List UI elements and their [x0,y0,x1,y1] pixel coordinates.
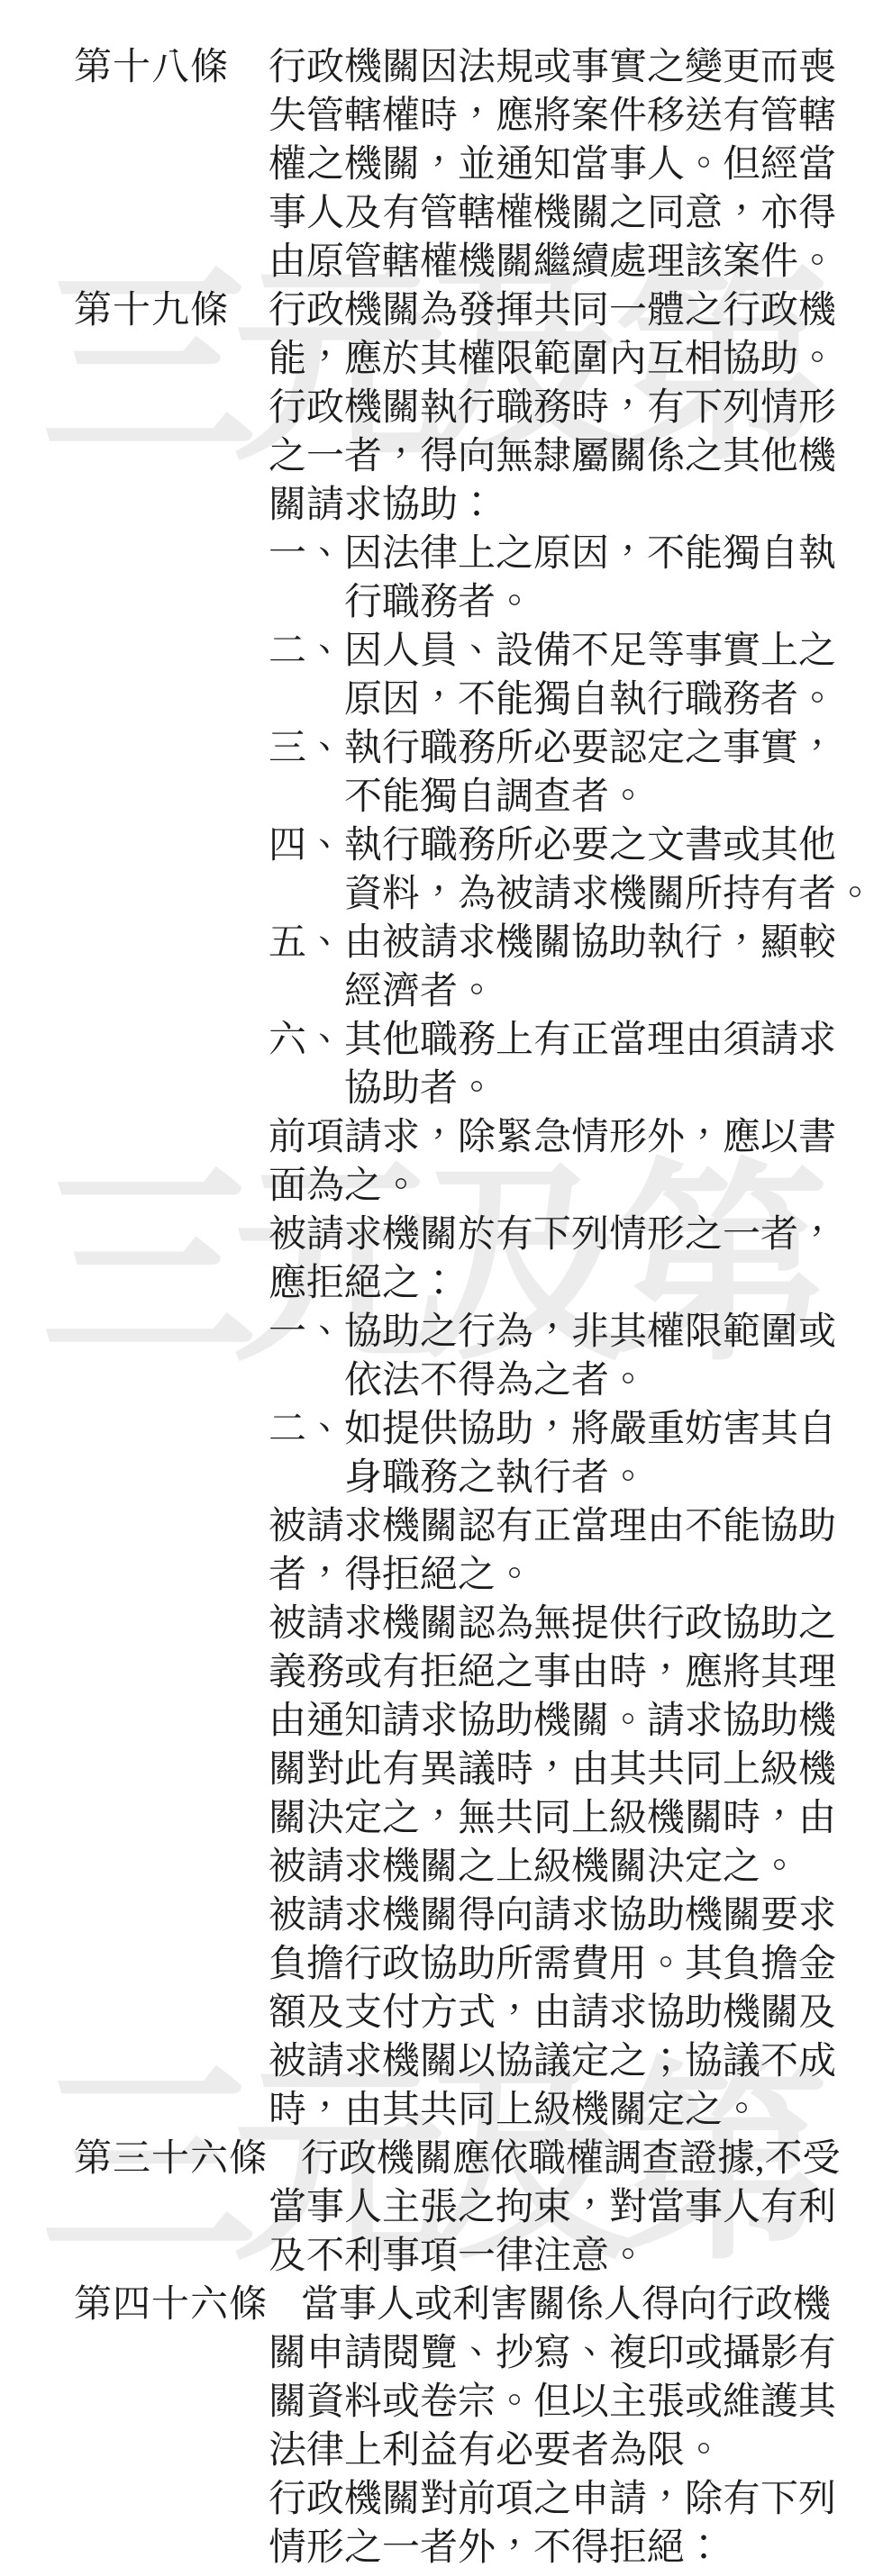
article-text: 當事人或利害關係人得向行政機關申請閱覽、抄寫、複印或攝影有關資料或卷宗。但以主張… [269,2281,883,2572]
text-line: 四、執行職務所必要之文書或其他 [269,821,883,870]
text-line: 權之機關，並通知當事人。但經當 [269,141,883,189]
text-line: 依法不得為之者。 [269,1356,883,1405]
article-number: 第十八條 [0,43,269,92]
text-line: 關申請閱覽、抄寫、複印或攝影有 [269,2329,883,2378]
article-text: 行政機關為發揮共同一體之行政機能，應於其權限範圍內互相協助。行政機關執行職務時，… [269,286,883,2135]
text-line: 行政機關因法規或事實之變更而喪 [269,43,883,92]
article: 第四十六條當事人或利害關係人得向行政機關申請閱覽、抄寫、複印或攝影有關資料或卷宗… [0,2281,883,2572]
text-line: 二、因人員、設備不足等事實上之 [269,627,883,676]
text-line: 關決定之，無共同上級機關時，由 [269,1794,883,1843]
text-line: 行政機關為發揮共同一體之行政機 [269,286,883,335]
article-number: 第十九條 [0,286,269,335]
text-line: 關對此有異議時，由其共同上級機 [269,1746,883,1794]
article-text: 行政機關應依職權調查證據,不受當事人主張之拘束，對當事人有利及不利事項一律注意。 [269,2135,883,2281]
text-line: 法律上利益有必要者為限。 [269,2426,883,2475]
text-line: 被請求機關以協議定之；協議不成 [269,2037,883,2086]
legal-document-page: 三元及第 三元及第 三元及第 第十八條行政機關因法規或事實之變更而喪失管轄權時，… [0,0,883,2576]
article: 第十八條行政機關因法規或事實之變更而喪失管轄權時，應將案件移送有管轄權之機關，並… [0,43,883,286]
article-number: 第四十六條 [0,2281,269,2329]
text-line: 義務或有拒絕之事由時，應將其理 [269,1648,883,1697]
text-line: 行職務者。 [269,578,883,627]
text-line: 失管轄權時，應將案件移送有管轄 [269,92,883,141]
document-body: 第十八條行政機關因法規或事實之變更而喪失管轄權時，應將案件移送有管轄權之機關，並… [0,0,883,2572]
text-line: 面為之。 [269,1162,883,1211]
text-line: 一、因法律上之原因，不能獨自執 [269,530,883,578]
text-line: 之一者，得向無隸屬關係之其他機 [269,432,883,481]
text-line: 時，由其共同上級機關定之。 [269,2086,883,2135]
text-line: 行政機關應依職權調查證據,不受 [269,2135,883,2183]
text-line: 負擔行政協助所需費用。其負擔金 [269,1940,883,1989]
article: 第十九條行政機關為發揮共同一體之行政機能，應於其權限範圍內互相協助。行政機關執行… [0,286,883,2135]
text-line: 行政機關執行職務時，有下列情形 [269,384,883,432]
text-line: 行政機關對前項之申請，除有下列 [269,2475,883,2524]
text-line: 前項請求，除緊急情形外，應以書 [269,1113,883,1162]
text-line: 被請求機關認為無提供行政協助之 [269,1600,883,1648]
text-line: 二、如提供協助，將嚴重妨害其自 [269,1405,883,1454]
text-line: 關資料或卷宗。但以主張或維護其 [269,2378,883,2426]
text-line: 及不利事項一律注意。 [269,2232,883,2281]
text-line: 被請求機關得向請求協助機關要求 [269,1891,883,1940]
article-number: 第三十六條 [0,2135,269,2183]
text-line: 能，應於其權限範圍內互相協助。 [269,335,883,384]
text-line: 不能獨自調查者。 [269,773,883,821]
article: 第三十六條行政機關應依職權調查證據,不受當事人主張之拘束，對當事人有利及不利事項… [0,2135,883,2281]
text-line: 一、協助之行為，非其權限範圍或 [269,1308,883,1356]
text-line: 事人及有管轄權機關之同意，亦得 [269,189,883,238]
text-line: 協助者。 [269,1065,883,1113]
text-line: 五、由被請求機關協助執行，顯較 [269,919,883,967]
text-line: 三、執行職務所必要認定之事實， [269,724,883,773]
text-line: 者，得拒絕之。 [269,1551,883,1600]
text-line: 被請求機關認有正當理由不能協助 [269,1502,883,1551]
text-line: 經濟者。 [269,967,883,1016]
text-line: 當事人或利害關係人得向行政機 [269,2281,883,2329]
text-line: 由原管轄權機關繼續處理該案件。 [269,238,883,286]
text-line: 當事人主張之拘束，對當事人有利 [269,2183,883,2232]
text-line: 由通知請求協助機關。請求協助機 [269,1697,883,1746]
text-line: 原因，不能獨自執行職務者。 [269,676,883,724]
text-line: 被請求機關於有下列情形之一者， [269,1211,883,1259]
text-line: 身職務之執行者。 [269,1454,883,1502]
article-text: 行政機關因法規或事實之變更而喪失管轄權時，應將案件移送有管轄權之機關，並通知當事… [269,43,883,286]
text-line: 關請求協助： [269,481,883,530]
text-line: 情形之一者外，不得拒絕： [269,2524,883,2572]
text-line: 應拒絕之： [269,1259,883,1308]
text-line: 資料，為被請求機關所持有者。 [269,870,883,919]
text-line: 六、其他職務上有正當理由須請求 [269,1016,883,1065]
text-line: 被請求機關之上級機關決定之。 [269,1843,883,1891]
text-line: 額及支付方式，由請求協助機關及 [269,1989,883,2037]
